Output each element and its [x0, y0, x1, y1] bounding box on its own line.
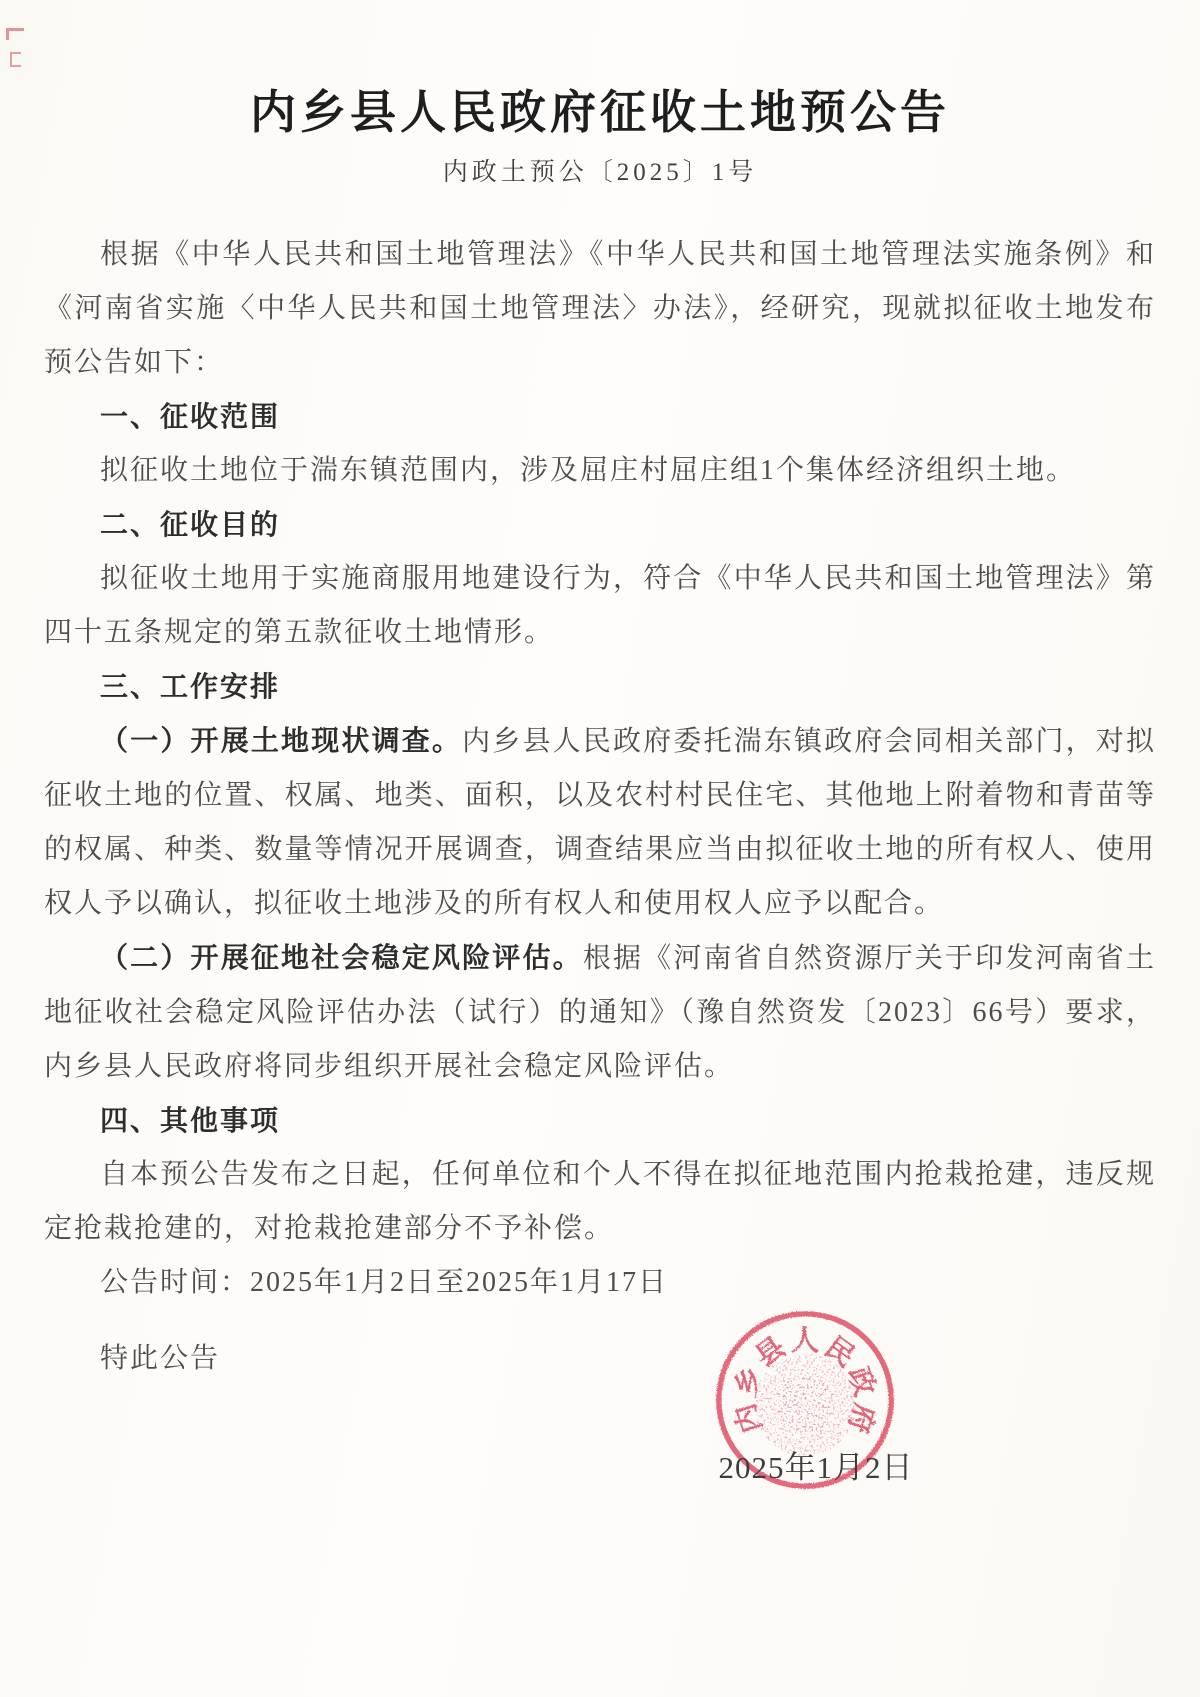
- section-1-body: 拟征收土地位于湍东镇范围内，涉及屈庄村屈庄组1个集体经济组织土地。: [44, 444, 1156, 498]
- scan-artifact-red-mark: [10, 52, 21, 67]
- doc-body: 根据《中华人民共和国土地管理法》《中华人民共和国土地管理法实施条例》和《河南省实…: [44, 228, 1156, 1386]
- notice-period: 公告时间：2025年1月2日至2025年1月17日: [44, 1256, 1156, 1310]
- document-page: 内乡县人民政府征收土地预公告 内政土预公〔2025〕1号 根据《中华人民共和国土…: [0, 0, 1200, 1697]
- seal-emblem: [754, 1354, 856, 1456]
- section-3-heading: 三、工作安排: [44, 660, 1156, 714]
- scan-artifact-red-mark: [6, 28, 24, 40]
- section-3-item-1: （一）开展土地现状调查。内乡县人民政府委托湍东镇政府会同相关部门，对拟征收土地的…: [44, 714, 1156, 931]
- item-1-lead: （一）开展土地现状调查。: [100, 725, 462, 756]
- intro-paragraph: 根据《中华人民共和国土地管理法》《中华人民共和国土地管理法实施条例》和《河南省实…: [44, 228, 1156, 390]
- page-title: 内乡县人民政府征收土地预公告: [44, 84, 1156, 142]
- section-2-body: 拟征收土地用于实施商服用地建设行为，符合《中华人民共和国土地管理法》第四十五条规…: [44, 552, 1156, 660]
- closing-phrase: 特此公告: [44, 1332, 1156, 1386]
- item-2-lead: （二）开展征地社会稳定风险评估。: [100, 942, 583, 973]
- section-2-heading: 二、征收目的: [44, 498, 1156, 552]
- section-3-item-2: （二）开展征地社会稳定风险评估。根据《河南省自然资源厅关于印发河南省土地征收社会…: [44, 931, 1156, 1094]
- section-4-heading: 四、其他事项: [44, 1094, 1156, 1148]
- seal-char: 人: [791, 1325, 819, 1357]
- signature-date: 2025年1月2日: [660, 1442, 972, 1487]
- doc-number: 内政土预公〔2025〕1号: [44, 152, 1156, 188]
- section-4-body: 自本预公告发布之日起，任何单位和个人不得在拟征地范围内抢栽抢建，违反规定抢栽抢建…: [44, 1148, 1156, 1256]
- section-1-heading: 一、征收范围: [44, 390, 1156, 444]
